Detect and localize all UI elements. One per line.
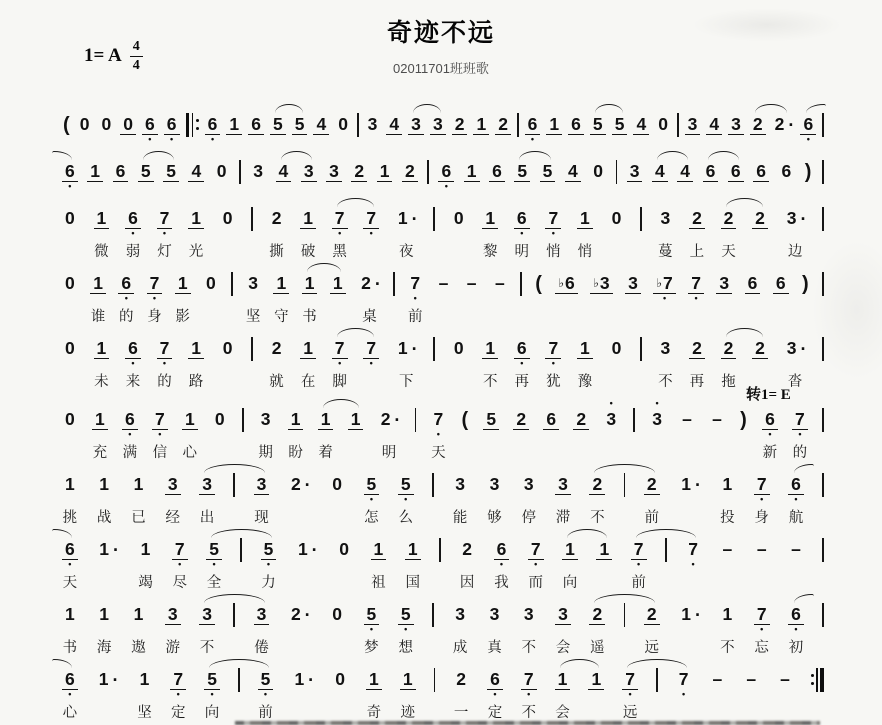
lyric-syllable: 倦 <box>254 636 269 655</box>
octave-dot-below: • <box>404 496 407 505</box>
note-token: 1 <box>596 528 612 590</box>
augmentation-dot: · <box>695 476 701 494</box>
lyric-syllable: 不 <box>658 370 673 389</box>
note-token: 6 <box>745 262 761 324</box>
note-token: 6•再 <box>514 327 530 389</box>
token-row: 01谁6•的7•身1影03坚1守1书12·桌7•前–––(♭6♭33♭7•7•3… <box>62 262 824 324</box>
lyric-syllable: 明 <box>515 240 530 259</box>
note-token: 7• <box>363 327 379 389</box>
note-token: 1· <box>291 658 314 720</box>
note-token: 6• <box>142 103 158 145</box>
rest-note: 0 <box>62 197 78 259</box>
repeat-end-barline <box>811 658 824 720</box>
barline <box>633 398 635 460</box>
note-token: 1迹 <box>400 658 416 720</box>
note-token: 4 <box>677 150 693 192</box>
lyric-syllable: 撕 <box>269 240 284 259</box>
note-token: 2再 <box>689 327 705 389</box>
octave-dot-below: • <box>267 561 270 570</box>
lyric-syllable: 真 <box>487 636 502 655</box>
note-token: 4 <box>313 103 329 145</box>
rest-note: 0 <box>220 197 236 259</box>
lyric-syllable: 国 <box>405 571 420 590</box>
note-token: 1已 <box>131 463 147 525</box>
barline <box>239 150 241 192</box>
note-token: 2远 <box>644 593 660 655</box>
octave-dot-below: • <box>148 136 151 145</box>
note-token: 6•弱 <box>125 197 141 259</box>
lyric-syllable: 天 <box>721 240 736 259</box>
rest-note: 0 <box>590 150 606 192</box>
octave-dot-below: • <box>68 561 71 570</box>
token-row: 01未6•来7•的1路02就1在7•脚7•1·下01不6•再7•犹1豫03不2再… <box>62 327 824 389</box>
note-token: 1盼 <box>288 398 304 460</box>
note-token: 2撕 <box>269 197 285 259</box>
barline <box>822 103 824 145</box>
rest-note: 0 <box>77 103 93 145</box>
note-token: 2·桌 <box>358 262 381 324</box>
modulation-mark: 转1= E <box>746 383 791 404</box>
note-token: 1坚 <box>137 658 153 720</box>
note-token: 5 <box>292 103 308 145</box>
octave-dot-above: • <box>655 398 658 408</box>
lyric-syllable: 不 <box>200 636 215 655</box>
note-token: 1路 <box>188 327 204 389</box>
lyric-syllable: 坚 <box>137 701 152 720</box>
lyric-syllable: 竭 <box>138 571 153 590</box>
lyric-syllable: 不 <box>720 636 735 655</box>
octave-dot-below: • <box>629 691 632 700</box>
note-token: 3不 <box>521 593 537 655</box>
lyric-syllable: 航 <box>789 506 804 525</box>
music-line: (0006•6•6•16554034332126•16554034322·6• <box>62 103 824 145</box>
octave-dot-below: • <box>68 183 71 192</box>
lyric-syllable: 已 <box>131 506 146 525</box>
rest-note: 0 <box>214 150 230 192</box>
octave-dot-below: • <box>211 136 214 145</box>
note-token: 6 <box>773 262 789 324</box>
note-token: 3滞 <box>555 463 571 525</box>
note-token: 1破 <box>300 197 316 259</box>
note-token: 2·明 <box>378 398 401 460</box>
barline <box>251 197 253 259</box>
augmentation-dot: · <box>305 476 311 494</box>
lyric-syllable: 初 <box>789 636 804 655</box>
lyric-syllable: 向 <box>205 701 220 720</box>
lyric-syllable: 坚 <box>246 305 261 324</box>
note-token: 7•信 <box>152 398 168 460</box>
octave-dot-below: • <box>177 691 180 700</box>
note-token: 4 <box>633 103 649 145</box>
octave-dot-below: • <box>158 431 161 440</box>
note-token: 1投 <box>720 463 736 525</box>
octave-dot-below: • <box>404 626 407 635</box>
note-token: 3 <box>301 150 317 192</box>
lyric-syllable: 一 <box>454 701 469 720</box>
octave-dot-below: • <box>370 626 373 635</box>
augmentation-dot: · <box>800 210 806 228</box>
lyric-syllable: 不 <box>590 506 605 525</box>
lyric-syllable: 前 <box>631 571 646 590</box>
lyric-syllable: 我 <box>494 571 509 590</box>
note-token: 6•的 <box>118 262 134 324</box>
note-token: 6• <box>205 103 221 145</box>
music-line: 6•心1·1坚7•定5•向5•前1·01奇1迹2一6•定7•不1会17•远7•–… <box>62 658 824 720</box>
augmentation-dot: · <box>312 541 318 559</box>
note-token: 1祖 <box>371 528 387 590</box>
lyric-syllable: 不 <box>483 370 498 389</box>
augmentation-dot: · <box>113 671 119 689</box>
note-token: 7• <box>363 197 379 259</box>
lyric-syllable: 期 <box>258 441 273 460</box>
note-token: 1悄 <box>577 197 593 259</box>
lyric-syllable: 路 <box>189 370 204 389</box>
note-token: 2拖 <box>721 327 737 389</box>
lyric-syllable: 遨 <box>131 636 146 655</box>
note-token: 7•犹 <box>545 327 561 389</box>
duration-dash: – <box>788 528 804 590</box>
duration-dash: – <box>679 398 695 460</box>
note-token: •3 <box>603 398 619 460</box>
note-token: 6 <box>703 150 719 192</box>
token-row: 1书1海1遨3游3不3倦2·05•梦5•想3成3真3不3会2遥2远1·1不7•忘… <box>62 593 824 655</box>
time-signature-beats: 4 <box>133 40 140 54</box>
note-token: 3·沓 <box>784 327 807 389</box>
cut-off-next-line <box>235 721 820 725</box>
note-token: 6 <box>543 398 559 460</box>
lyric-syllable: 不 <box>521 636 536 655</box>
parenthesis: ( <box>534 262 543 324</box>
lyric-syllable: 在 <box>301 370 316 389</box>
note-token: 5 <box>590 103 606 145</box>
music-line: 6•16554034332126•1655403446666) <box>62 150 824 192</box>
fraction-line <box>130 56 143 58</box>
augmentation-dot: · <box>788 116 794 134</box>
rest-note: 0 <box>220 327 236 389</box>
octave-dot-below: • <box>520 360 523 369</box>
lyric-syllable: 天 <box>63 571 78 590</box>
octave-dot-below: • <box>338 230 341 239</box>
barline <box>665 528 667 590</box>
flat-icon: ♭ <box>558 276 564 290</box>
barline <box>640 327 642 389</box>
note-token: 7•忘 <box>754 593 770 655</box>
note-token: 1·下 <box>395 327 418 389</box>
lyric-syllable: 上 <box>690 240 705 259</box>
lyric-syllable: 夜 <box>399 240 414 259</box>
octave-dot-below: • <box>760 496 763 505</box>
note-token: 5•想 <box>398 593 414 655</box>
note-token: 1 <box>348 398 364 460</box>
note-token: 1书 <box>62 593 78 655</box>
lyric-syllable: 心 <box>63 701 78 720</box>
note-token: 2不 <box>589 463 605 525</box>
note-token: 5•怎 <box>364 463 380 525</box>
lyric-syllable: 谁 <box>91 305 106 324</box>
note-token: 5•全 <box>206 528 222 590</box>
note-token: 6 <box>728 150 744 192</box>
note-token: 6•航 <box>788 463 804 525</box>
octave-dot-below: • <box>768 431 771 440</box>
lyric-syllable: 向 <box>563 571 578 590</box>
barline <box>393 262 395 324</box>
rest-note: 0 <box>332 658 348 720</box>
note-token: 7•尽 <box>172 528 188 590</box>
lyric-syllable: 着 <box>318 441 333 460</box>
lyric-syllable: 新 <box>763 441 778 460</box>
octave-dot-below: • <box>131 360 134 369</box>
note-token: ♭3 <box>590 262 612 324</box>
augmentation-dot: · <box>113 541 119 559</box>
lyric-syllable: 么 <box>398 506 413 525</box>
key-signature: 1= A 4 4 <box>84 40 143 73</box>
barline <box>433 197 435 259</box>
augmentation-dot: · <box>412 340 418 358</box>
note-token: 3 <box>625 262 641 324</box>
barline <box>822 528 824 590</box>
note-token: 6 <box>113 150 129 192</box>
note-token: 6• <box>525 103 541 145</box>
lyric-syllable: 定 <box>488 701 503 720</box>
lyric-syllable: 前 <box>408 305 423 324</box>
note-token: 5•向 <box>204 658 220 720</box>
note-token: 2 <box>351 150 367 192</box>
note-token: 2因 <box>459 528 475 590</box>
note-token: 6 <box>568 103 584 145</box>
lyric-syllable: 奇 <box>367 701 382 720</box>
note-token: 2一 <box>453 658 469 720</box>
barline <box>231 262 233 324</box>
note-token: 3出 <box>199 463 215 525</box>
lyric-syllable: 灯 <box>157 240 172 259</box>
barline <box>434 658 436 720</box>
note-token: 1微 <box>94 197 110 259</box>
note-token: 3现 <box>254 463 270 525</box>
note-token: 6• <box>800 103 816 145</box>
augmentation-dot: · <box>412 210 418 228</box>
note-token: 7•的 <box>792 398 808 460</box>
note-token: 1挑 <box>62 463 78 525</box>
rest-note: 0 <box>451 327 467 389</box>
note-token: 1不 <box>482 327 498 389</box>
note-token: 3期 <box>258 398 274 460</box>
note-token: 1光 <box>188 197 204 259</box>
rest-note: 0 <box>203 262 219 324</box>
note-token: ♭6 <box>555 262 577 324</box>
note-token: 5 <box>138 150 154 192</box>
note-token: 2 <box>750 103 766 145</box>
octave-dot-below: • <box>170 136 173 145</box>
note-token: 1· <box>678 463 701 525</box>
rest-note: 0 <box>212 398 228 460</box>
token-row: 01充6•满7•信1心03期1盼1着12·明7•天(5262•3•3––)6•新… <box>62 398 824 460</box>
note-token: 2就 <box>269 327 285 389</box>
lyric-syllable: 蔓 <box>658 240 673 259</box>
token-row: 6•天1·1竭7•尽5•全5•力1·01祖1国2因6•我7•而1向17•前7•–… <box>62 528 824 590</box>
octave-dot-below: • <box>68 691 71 700</box>
note-token: 4 <box>276 150 292 192</box>
octave-dot-below: • <box>370 360 373 369</box>
lyric-syllable: 再 <box>515 370 530 389</box>
music-line: 01未6•来7•的1路02就1在7•脚7•1·下01不6•再7•犹1豫03不2再… <box>62 327 824 389</box>
note-token: 1 <box>330 262 346 324</box>
barline <box>251 327 253 389</box>
note-token: 7• <box>685 528 701 590</box>
octave-dot-below: • <box>500 561 503 570</box>
lyric-syllable: 悄 <box>578 240 593 259</box>
barline <box>822 398 824 460</box>
note-token: 3不 <box>658 327 674 389</box>
lyric-syllable: 未 <box>94 370 109 389</box>
rest-note: 0 <box>335 103 351 145</box>
note-token: 1 <box>87 150 103 192</box>
lyric-syllable: 黑 <box>332 240 347 259</box>
rest-note: 0 <box>609 327 625 389</box>
note-token: 2天 <box>721 197 737 259</box>
rest-note: 0 <box>329 593 345 655</box>
note-token: 1向 <box>562 528 578 590</box>
note-token: 3倦 <box>254 593 270 655</box>
lyric-syllable: 就 <box>269 370 284 389</box>
lyric-syllable: 盼 <box>288 441 303 460</box>
duration-dash: – <box>710 658 726 720</box>
lyric-syllable: 心 <box>183 441 198 460</box>
duration-dash: – <box>436 262 452 324</box>
repeat-begin-barline <box>186 103 199 145</box>
note-token: •3 <box>649 398 665 460</box>
token-row: 6•16554034332126•1655403446666) <box>62 150 824 192</box>
barline <box>624 463 626 525</box>
note-token: 1充 <box>92 398 108 460</box>
lyric-syllable: 信 <box>153 441 168 460</box>
augmentation-dot: · <box>800 340 806 358</box>
note-token: 5 <box>612 103 628 145</box>
note-token: 7•天 <box>431 398 447 460</box>
lyric-syllable: 想 <box>398 636 413 655</box>
lyric-syllable: 怎 <box>364 506 379 525</box>
note-token: 1 <box>377 150 393 192</box>
note-token: 7• <box>688 262 704 324</box>
note-token: 3 <box>728 103 744 145</box>
note-token: 7•定 <box>170 658 186 720</box>
lyric-syllable: 身 <box>754 506 769 525</box>
lyric-syllable: 投 <box>720 506 735 525</box>
lyric-syllable: 身 <box>147 305 162 324</box>
barline <box>640 197 642 259</box>
octave-dot-below: • <box>128 431 131 440</box>
note-token: 3成 <box>452 593 468 655</box>
octave-dot-below: • <box>125 295 128 304</box>
note-token: 7•黑 <box>332 197 348 259</box>
lyric-syllable: 黎 <box>483 240 498 259</box>
flat-icon: ♭ <box>593 276 599 290</box>
note-token: 7•前 <box>407 262 423 324</box>
note-token: 3 <box>685 103 701 145</box>
note-token: 1黎 <box>482 197 498 259</box>
lyric-syllable: 现 <box>254 506 269 525</box>
lyric-syllable: 祖 <box>371 571 386 590</box>
note-token: 6•新 <box>762 398 778 460</box>
lyric-syllable: 挑 <box>63 506 78 525</box>
lyric-syllable: 边 <box>788 240 803 259</box>
lyric-syllable: 明 <box>382 441 397 460</box>
barline <box>822 150 824 192</box>
octave-dot-below: • <box>807 136 810 145</box>
lyric-syllable: 充 <box>93 441 108 460</box>
lyric-syllable: 够 <box>487 506 502 525</box>
note-token: 2· <box>288 593 311 655</box>
augmentation-dot: · <box>394 411 400 429</box>
key-tonic: 1= A <box>84 45 122 67</box>
music-line: 01谁6•的7•身1影03坚1守1书12·桌7•前–––(♭6♭33♭7•7•3… <box>62 262 824 324</box>
note-token: 2 <box>513 398 529 460</box>
lyric-syllable: 弱 <box>126 240 141 259</box>
lyric-syllable: 微 <box>94 240 109 259</box>
note-token: 6•明 <box>514 197 530 259</box>
lyric-syllable: 拖 <box>721 370 736 389</box>
note-token: 2 <box>752 327 768 389</box>
octave-dot-below: • <box>794 626 797 635</box>
barline <box>357 103 359 145</box>
token-row: 6•心1·1坚7•定5•向5•前1·01奇1迹2一6•定7•不1会17•远7•–… <box>62 658 824 720</box>
note-token: 4 <box>565 150 581 192</box>
barline <box>427 150 429 192</box>
token-row: (0006•6•6•16554034332126•16554034322·6• <box>62 103 824 145</box>
note-token: 3坚 <box>245 262 261 324</box>
lyric-syllable: 会 <box>555 701 570 720</box>
octave-dot-below: • <box>153 295 156 304</box>
note-token: 3 <box>408 103 424 145</box>
duration-dash: – <box>464 262 480 324</box>
note-token: 1 <box>464 150 480 192</box>
lyric-syllable: 前 <box>258 701 273 720</box>
duration-dash: – <box>777 658 793 720</box>
lyric-syllable: 守 <box>274 305 289 324</box>
rest-note: 0 <box>655 103 671 145</box>
note-token: 5•梦 <box>364 593 380 655</box>
lyric-syllable: 经 <box>166 506 181 525</box>
lyric-syllable: 梦 <box>364 636 379 655</box>
octave-dot-above: • <box>610 398 613 408</box>
note-token: 3蔓 <box>658 197 674 259</box>
note-token: 3够 <box>487 463 503 525</box>
lyric-syllable: 忘 <box>754 636 769 655</box>
lyric-syllable: 迹 <box>400 701 415 720</box>
note-token: 1战 <box>96 463 112 525</box>
note-token: 5 <box>163 150 179 192</box>
barline <box>432 463 434 525</box>
lyric-syllable: 再 <box>690 370 705 389</box>
note-token: 6•天 <box>62 528 78 590</box>
note-token: 1着 <box>318 398 334 460</box>
barline <box>240 528 242 590</box>
augmentation-dot: · <box>695 606 701 624</box>
barline <box>439 528 441 590</box>
note-token: 2 <box>452 103 468 145</box>
lyric-syllable: 尽 <box>173 571 188 590</box>
rest-note: 0 <box>62 262 78 324</box>
note-token: 5•前 <box>258 658 274 720</box>
note-token: 5 <box>270 103 286 145</box>
lyric-syllable: 全 <box>207 571 222 590</box>
note-token: 1· <box>96 528 119 590</box>
note-token: 2· <box>288 463 311 525</box>
octave-dot-below: • <box>637 561 640 570</box>
note-token: 7• <box>676 658 692 720</box>
note-token: 5•么 <box>398 463 414 525</box>
note-token: 6 <box>753 150 769 192</box>
barline <box>656 658 658 720</box>
